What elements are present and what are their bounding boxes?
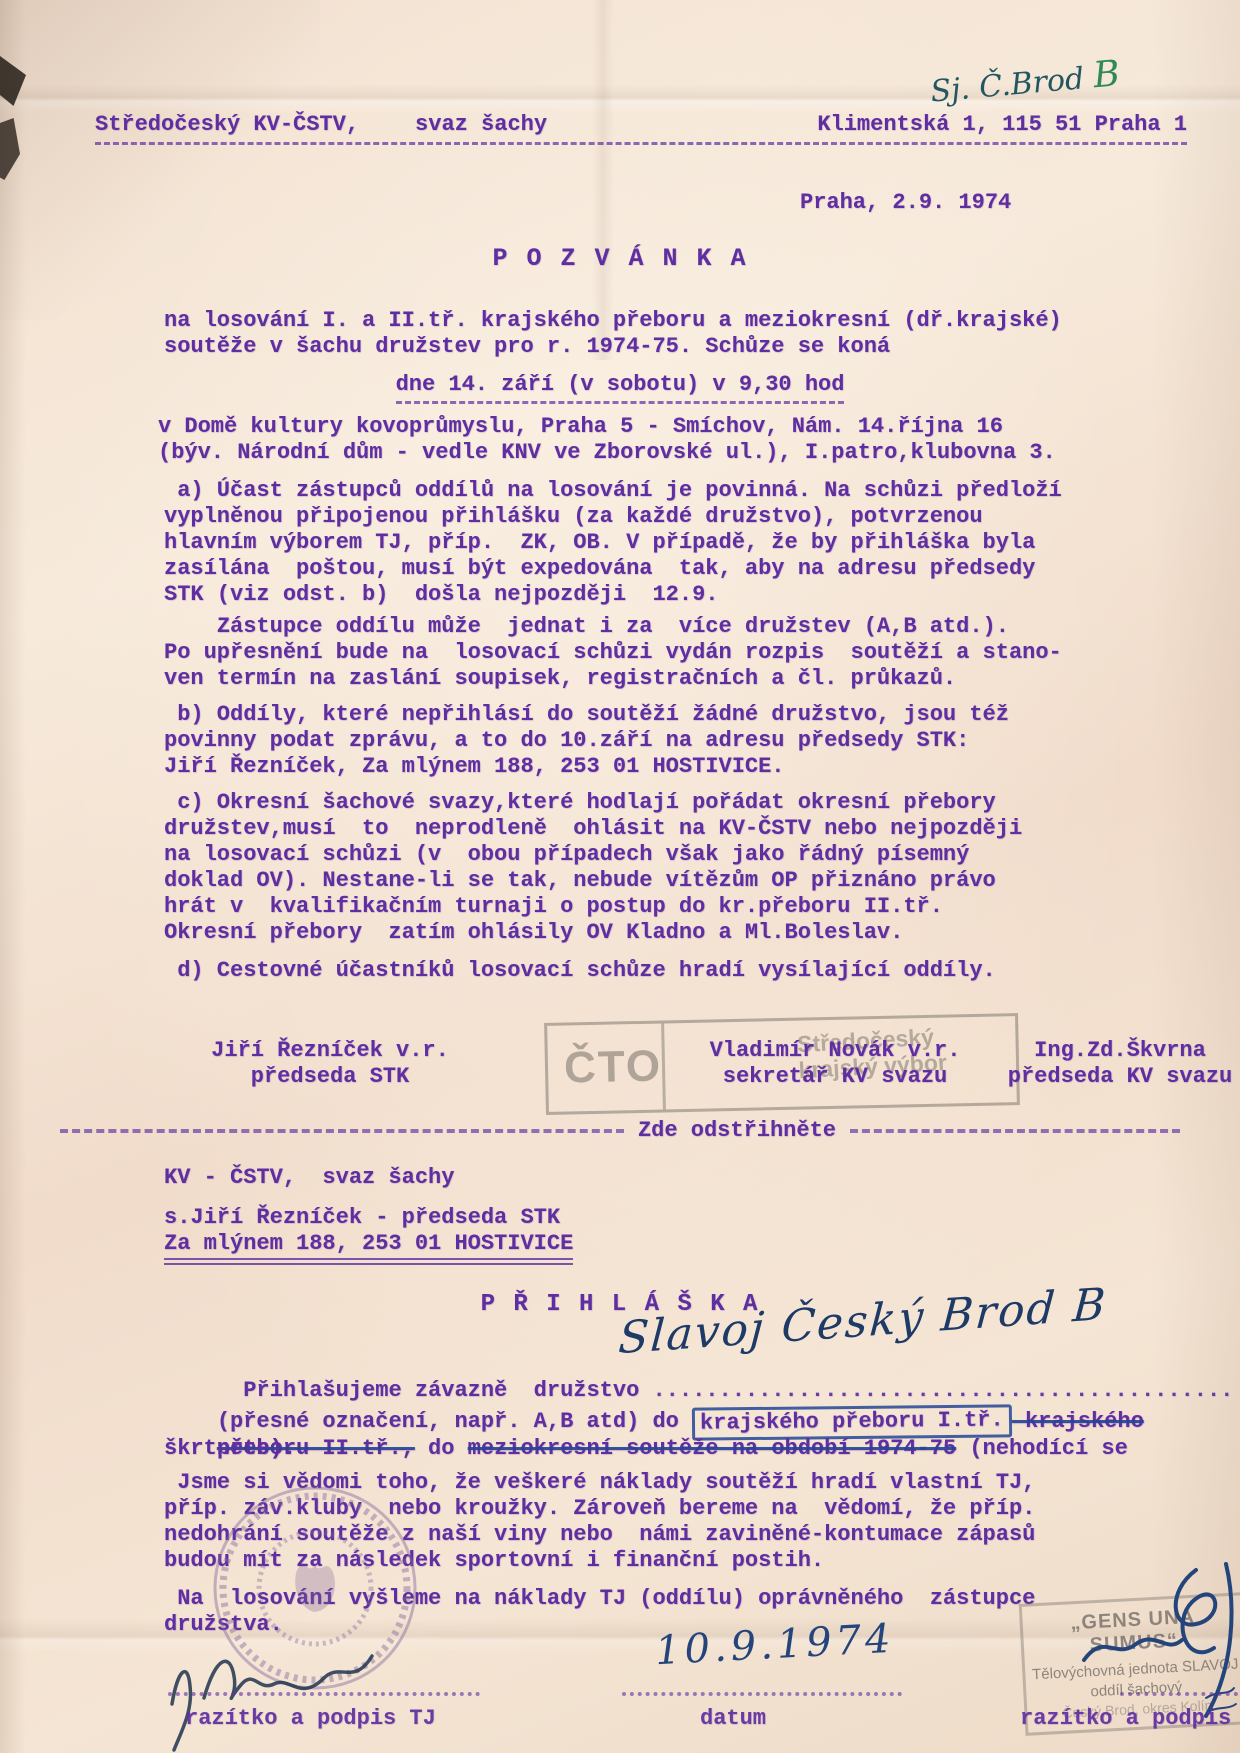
- cut-here-label: Zde odstřihněte: [638, 1118, 836, 1144]
- application-org: KV - ČSTV, svaz šachy: [164, 1165, 454, 1191]
- signature-right-name: Ing.Zd.Škvrna: [1000, 1038, 1240, 1064]
- paper-tear-mark: [0, 56, 26, 106]
- cut-here-line: Zde odstřihněte: [60, 1118, 1180, 1144]
- application-line3-mid: do: [415, 1436, 468, 1461]
- label-stamp-signature: razítko a podpis: [1020, 1706, 1231, 1732]
- signature-middle-name: Vladimír Novák v.r.: [650, 1038, 1020, 1064]
- signature-dotted-line-left: [168, 1692, 480, 1696]
- signature-right-role: předseda KV svazu: [1000, 1064, 1240, 1090]
- invitation-when-row: dne 14. září (v sobotu) v 9,30 hod: [0, 372, 1240, 398]
- application-line3-post: (nehodící se: [956, 1436, 1128, 1461]
- cut-dashes-right: [850, 1129, 1180, 1133]
- signature-dotted-line-middle: [622, 1692, 902, 1696]
- scanned-document: Sj. Č.Brod B Středočeský KV-ČSTV, svaz š…: [0, 0, 1240, 1753]
- application-contact: s.Jiří Řezníček - předseda STK: [164, 1205, 560, 1231]
- application-line4: škrtněte).: [164, 1436, 296, 1462]
- application-line3-struck2: meziokresní soutěže na období 1974-75: [468, 1436, 956, 1461]
- invitation-title: P O Z V Á N K A: [0, 246, 1240, 272]
- signature-dotted-line-right: [1120, 1692, 1238, 1696]
- paper-crease: [0, 0, 320, 320]
- letterhead-address: Klimentská 1, 115 51 Praha 1: [817, 112, 1187, 138]
- signature-left-role: předseda STK: [165, 1064, 495, 1090]
- dateline: Praha, 2.9. 1974: [800, 190, 1011, 216]
- official-signature-scribble: [1078, 1548, 1240, 1723]
- invitation-item-b: b) Oddíly, které nepřihlásí do soutěží ž…: [164, 702, 1009, 780]
- application-address: Za mlýnem 188, 253 01 HOSTIVICE: [164, 1231, 573, 1265]
- label-stamp-signature-tj: razítko a podpis TJ: [185, 1706, 436, 1732]
- signature-right: Ing.Zd.Škvrna předseda KV svazu: [1000, 1038, 1240, 1090]
- application-address-row: Za mlýnem 188, 253 01 HOSTIVICE: [164, 1231, 573, 1257]
- paper-tear-mark: [0, 118, 20, 180]
- letterhead-org: Středočeský KV-ČSTV,: [95, 112, 359, 138]
- cto-stamp-abbr: ČTO: [564, 1042, 663, 1094]
- letterhead-dept: svaz šachy: [415, 112, 547, 138]
- invitation-item-d: d) Cestovné účastníků losovací schůze hr…: [164, 958, 996, 984]
- invitation-item-c: c) Okresní šachové svazy,které hodlají p…: [164, 790, 1022, 946]
- signature-middle: Vladimír Novák v.r. sekretář KV svazu: [650, 1038, 1020, 1090]
- letterhead: Středočeský KV-ČSTV, svaz šachy Kliments…: [95, 112, 1187, 145]
- signature-middle-role: sekretář KV svazu: [650, 1064, 1020, 1090]
- signature-left-name: Jiří Řezníček v.r.: [165, 1038, 495, 1064]
- invitation-intro: na losování I. a II.tř. krajského přebor…: [164, 308, 1062, 360]
- cut-dashes-left: [60, 1129, 624, 1133]
- invitation-item-a2: Zástupce oddílu může jednat i za více dr…: [164, 614, 1062, 692]
- signature-left: Jiří Řezníček v.r. předseda STK: [165, 1038, 495, 1090]
- invitation-when: dne 14. září (v sobotu) v 9,30 hod: [396, 372, 845, 404]
- corner-note-team-letter: B: [1092, 53, 1122, 96]
- corner-note-text: Sj. Č.Brod: [929, 60, 1095, 109]
- paper-crease: [592, 0, 614, 360]
- invitation-item-a: a) Účast zástupců oddílů na losování je …: [164, 478, 1062, 608]
- label-date: datum: [700, 1706, 766, 1732]
- invitation-venue: v Domě kultury kovoprůmyslu, Praha 5 - S…: [158, 414, 1056, 466]
